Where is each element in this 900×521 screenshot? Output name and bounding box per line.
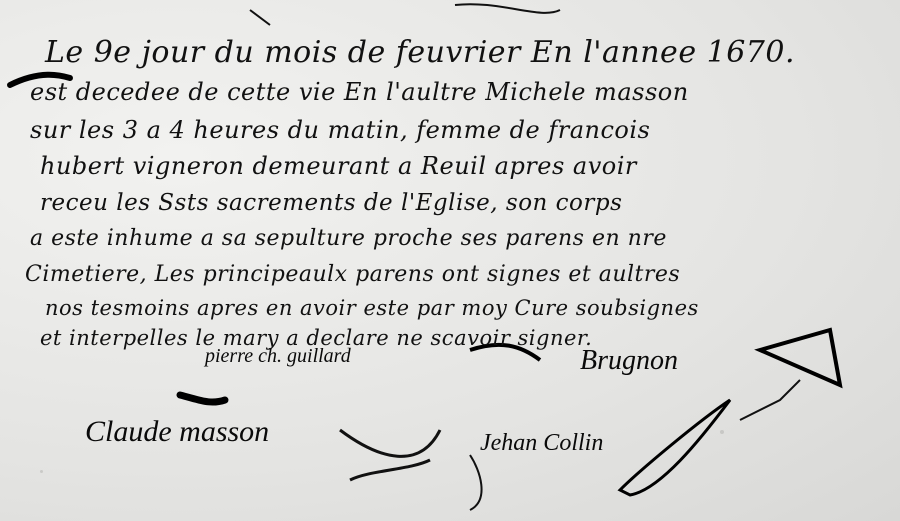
paper-speck <box>40 470 43 473</box>
signature-claude-masson: Claude masson <box>85 415 269 449</box>
record-line-6: a este inhume a sa sepulture proche ses … <box>30 226 667 251</box>
record-line-2: est decedee de cette vie En l'aultre Mic… <box>30 78 689 106</box>
signature-pierre-guillard: pierre ch. guillard <box>205 345 351 368</box>
scanned-document-page: Le 9e jour du mois de feuvrier En l'anne… <box>0 0 900 521</box>
signature-jehan-collin: Jehan Collin <box>480 430 603 457</box>
record-line-1: Le 9e jour du mois de feuvrier En l'anne… <box>45 35 795 70</box>
paper-speck <box>720 430 724 434</box>
record-line-4: hubert vigneron demeurant a Reuil apres … <box>40 152 637 180</box>
record-line-3: sur les 3 a 4 heures du matin, femme de … <box>30 116 650 144</box>
record-line-8: nos tesmoins apres en avoir este par moy… <box>45 296 699 320</box>
record-line-5: receu les Ssts sacrements de l'Eglise, s… <box>40 190 622 216</box>
record-line-7: Cimetiere, Les principeaulx parens ont s… <box>25 262 680 287</box>
signature-brugnon: Brugnon <box>580 345 678 377</box>
